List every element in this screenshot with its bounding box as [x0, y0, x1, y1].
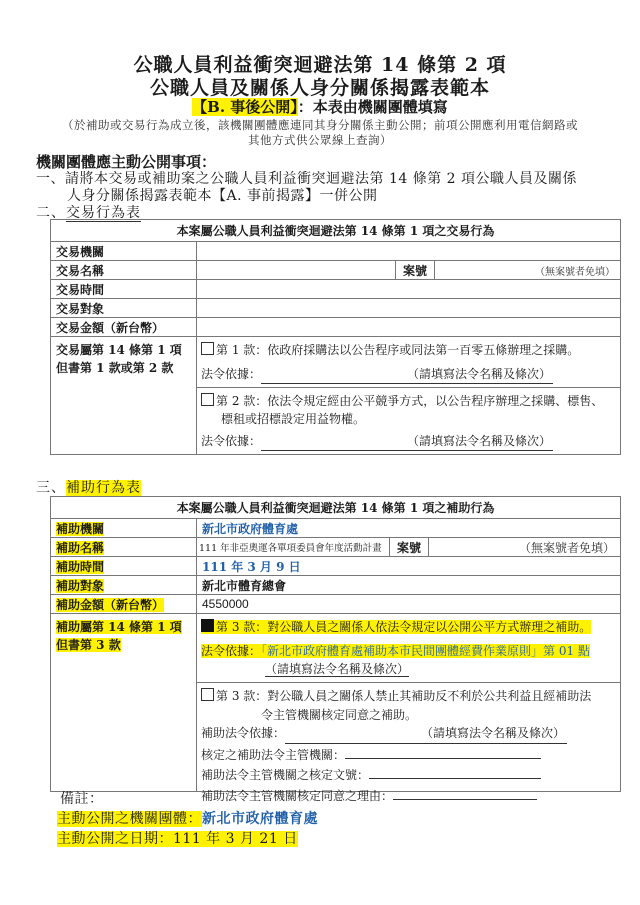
table-row: 補助屬第 14 條第 1 項 但書第 3 款 第 3 款：對公職人員之關係人依法… [51, 614, 621, 792]
authority-field[interactable] [345, 744, 541, 759]
clause-2: 第 2 款：依法令規定經由公平競爭方式，以公告程序辦理之採購、標售、 標租或招標… [197, 387, 620, 454]
clause-1-text: 第 1 款：依政府採購法以公告程序或同法第一百零五條辦理之採購。 [216, 343, 579, 357]
exception-label-line2: 但書第 1 款或第 2 款 [56, 359, 191, 377]
case-no-label: 案號 [390, 538, 429, 557]
basis-label: 法令依據： [201, 367, 261, 381]
table-row: 補助對象 新北市體育總會 [51, 576, 621, 595]
transaction-table: 本案屬公職人員利益衝突迴避法第 14 條第 1 項之交易行為 交易機關 交易名稱… [50, 219, 621, 455]
table-row: 交易對象 [51, 299, 621, 318]
clause-3a-basis-value[interactable]: 「新北市政府體育處補助本市民間團體經費作業原則」第 01 點 [261, 644, 590, 658]
subsidy-agency-field[interactable]: 新北市政府體育處 [197, 519, 621, 538]
table-row: 補助名稱 111 年非亞奧運各單項委員會年度活動計畫 案號 （無案號者免填） [51, 538, 621, 557]
clause-3b-text-line2: 令主管機關核定同意之補助。 [201, 706, 614, 725]
row-label: 交易名稱 [51, 261, 197, 280]
basis-label: 法令依據： [201, 434, 261, 448]
transaction-name-field[interactable] [197, 261, 396, 280]
case-no-label: 案號 [396, 261, 435, 280]
clause-2-basis-field[interactable]: （請填寫法令名稱及條次） [261, 432, 553, 451]
section-label: 補助行為表 [66, 480, 141, 496]
clause-3b-basis-field[interactable]: （請填寫法令名稱及條次） [285, 724, 567, 744]
clause-3b: 第 3 款：對公職人員之關係人禁止其補助反不利於公共利益且經補助法 令主管機關核… [197, 682, 620, 791]
table-row: 交易時間 [51, 280, 621, 299]
exception-clauses: 第 3 款：對公職人員之關係人依法令規定以公開公平方式辦理之補助。 法令依據：「… [197, 614, 621, 792]
basis-label: 法令依據： [201, 644, 261, 658]
row-label: 補助對象 [56, 579, 104, 593]
remarks-date-value: 111 年 3 月 21 日 [173, 831, 298, 847]
row-label: 交易對象 [51, 299, 197, 318]
clause-3a-basis-hint: （請填寫法令名稱及條次） [265, 662, 409, 677]
subsidy-table: 本案屬公職人員利益衝突迴避法第 14 條第 1 項之補助行為 補助機關 新北市政… [50, 496, 621, 792]
remarks-agency: 主動公開之機關團體：新北市政府體育處 [57, 808, 318, 828]
doc-subtitle: 【B. 事後公開】：本表由機關團體填寫 [0, 96, 640, 117]
exception-label: 交易屬第 14 條第 1 項 但書第 1 款或第 2 款 [51, 337, 197, 455]
exception-label: 補助屬第 14 條第 1 項 但書第 3 款 [51, 614, 197, 792]
clause-2-checkbox[interactable] [201, 393, 214, 406]
note-line2: 其他方式供公眾線上查詢） [0, 132, 640, 148]
row-label: 補助金額（新台幣） [56, 598, 164, 612]
table-row: 補助金額（新台幣） 4550000 [51, 595, 621, 614]
remarks-heading: 備註： [60, 788, 104, 808]
row-label: 交易金額（新台幣） [51, 318, 197, 337]
subsidy-section-title: 三、補助行為表 [36, 477, 141, 497]
clause-3a: 第 3 款：對公職人員之關係人依法令規定以公開公平方式辦理之補助。 法令依據：「… [197, 614, 620, 682]
reason-label: 補助法令主管機關核定同意之理由： [201, 789, 393, 803]
exception-clauses: 第 1 款：依政府採購法以公告程序或同法第一百零五條辦理之採購。 法令依據：（請… [197, 337, 621, 455]
clause-3b-text-line1: 第 3 款：對公職人員之關係人禁止其補助反不利於公共利益且經補助法 [216, 689, 591, 703]
exception-label-line2: 但書第 3 款 [56, 638, 121, 652]
clause-2-text-line2: 標租或招標設定用益物權。 [201, 410, 614, 428]
clause-1: 第 1 款：依政府採購法以公告程序或同法第一百零五條辦理之採購。 法令依據：（請… [197, 337, 620, 387]
subsidy-table-header: 本案屬公職人員利益衝突迴避法第 14 條第 1 項之補助行為 [51, 497, 621, 519]
row-label: 交易時間 [51, 280, 197, 299]
clause-1-checkbox[interactable] [201, 342, 214, 355]
remarks-agency-label: 主動公開之機關團體： [57, 811, 202, 827]
subsidy-recipient-field[interactable]: 新北市體育總會 [197, 576, 621, 595]
row-label: 補助名稱 [56, 541, 104, 555]
transaction-party-field[interactable] [197, 299, 621, 318]
subsidy-time-field[interactable]: 111 年 3 月 9 日 [197, 557, 621, 576]
table-row: 補助時間 111 年 3 月 9 日 [51, 557, 621, 576]
doc-no-field[interactable] [369, 764, 541, 779]
subsidy-name-field[interactable]: 111 年非亞奧運各單項委員會年度活動計畫 [197, 538, 390, 557]
remarks-date: 主動公開之日期：111 年 3 月 21 日 [57, 828, 298, 848]
clause-3a-checkbox[interactable] [201, 619, 214, 632]
row-label: 補助時間 [56, 560, 104, 574]
clause-1-basis-field[interactable]: （請填寫法令名稱及條次） [261, 365, 553, 384]
transaction-agency-field[interactable] [197, 242, 621, 261]
row-label: 交易機關 [51, 242, 197, 261]
remarks-date-label: 主動公開之日期： [57, 831, 173, 847]
clause-2-text-line1: 第 2 款：依法令規定經由公平競爭方式，以公告程序辦理之採購、標售、 [216, 394, 603, 408]
clause-3a-text: 第 3 款：對公職人員之關係人依法令規定以公開公平方式辦理之補助。 [216, 620, 591, 634]
transaction-time-field[interactable] [197, 280, 621, 299]
transaction-table-header: 本案屬公職人員利益衝突迴避法第 14 條第 1 項之交易行為 [51, 220, 621, 242]
section-prefix: 三、 [36, 480, 66, 496]
transaction-amount-field[interactable] [197, 318, 621, 337]
note-line1: （於補助或交易行為成立後，該機關團體應連同其身分關係主動公開；前項公開應利用電信… [0, 117, 640, 133]
case-no-field[interactable]: （無案號者免填） [435, 261, 621, 280]
subtitle-rest: ：本表由機關團體填寫 [298, 98, 448, 116]
exception-label-line1: 補助屬第 14 條第 1 項 [56, 620, 182, 634]
clause-3b-checkbox[interactable] [201, 688, 214, 701]
reason-field[interactable] [393, 785, 537, 800]
doc-no-label: 補助法令主管機關之核定文號： [201, 768, 369, 782]
table-row: 交易金額（新台幣） [51, 318, 621, 337]
basis-label: 補助法令依據： [201, 726, 285, 740]
remarks-agency-value: 新北市政府體育處 [202, 811, 318, 827]
table-row: 補助機關 新北市政府體育處 [51, 519, 621, 538]
subsidy-amount-field[interactable]: 4550000 [197, 595, 621, 614]
table-row: 交易名稱 案號 （無案號者免填） [51, 261, 621, 280]
row-label: 補助機關 [56, 522, 104, 536]
authority-label: 核定之補助法令主管機關： [201, 748, 345, 762]
case-no-field[interactable]: （無案號者免填） [429, 538, 621, 557]
exception-label-line1: 交易屬第 14 條第 1 項 [56, 341, 191, 359]
table-row: 交易機關 [51, 242, 621, 261]
table-row: 交易屬第 14 條第 1 項 但書第 1 款或第 2 款 第 1 款：依政府採購… [51, 337, 621, 455]
subtitle-tag: 【B. 事後公開】 [192, 98, 298, 116]
